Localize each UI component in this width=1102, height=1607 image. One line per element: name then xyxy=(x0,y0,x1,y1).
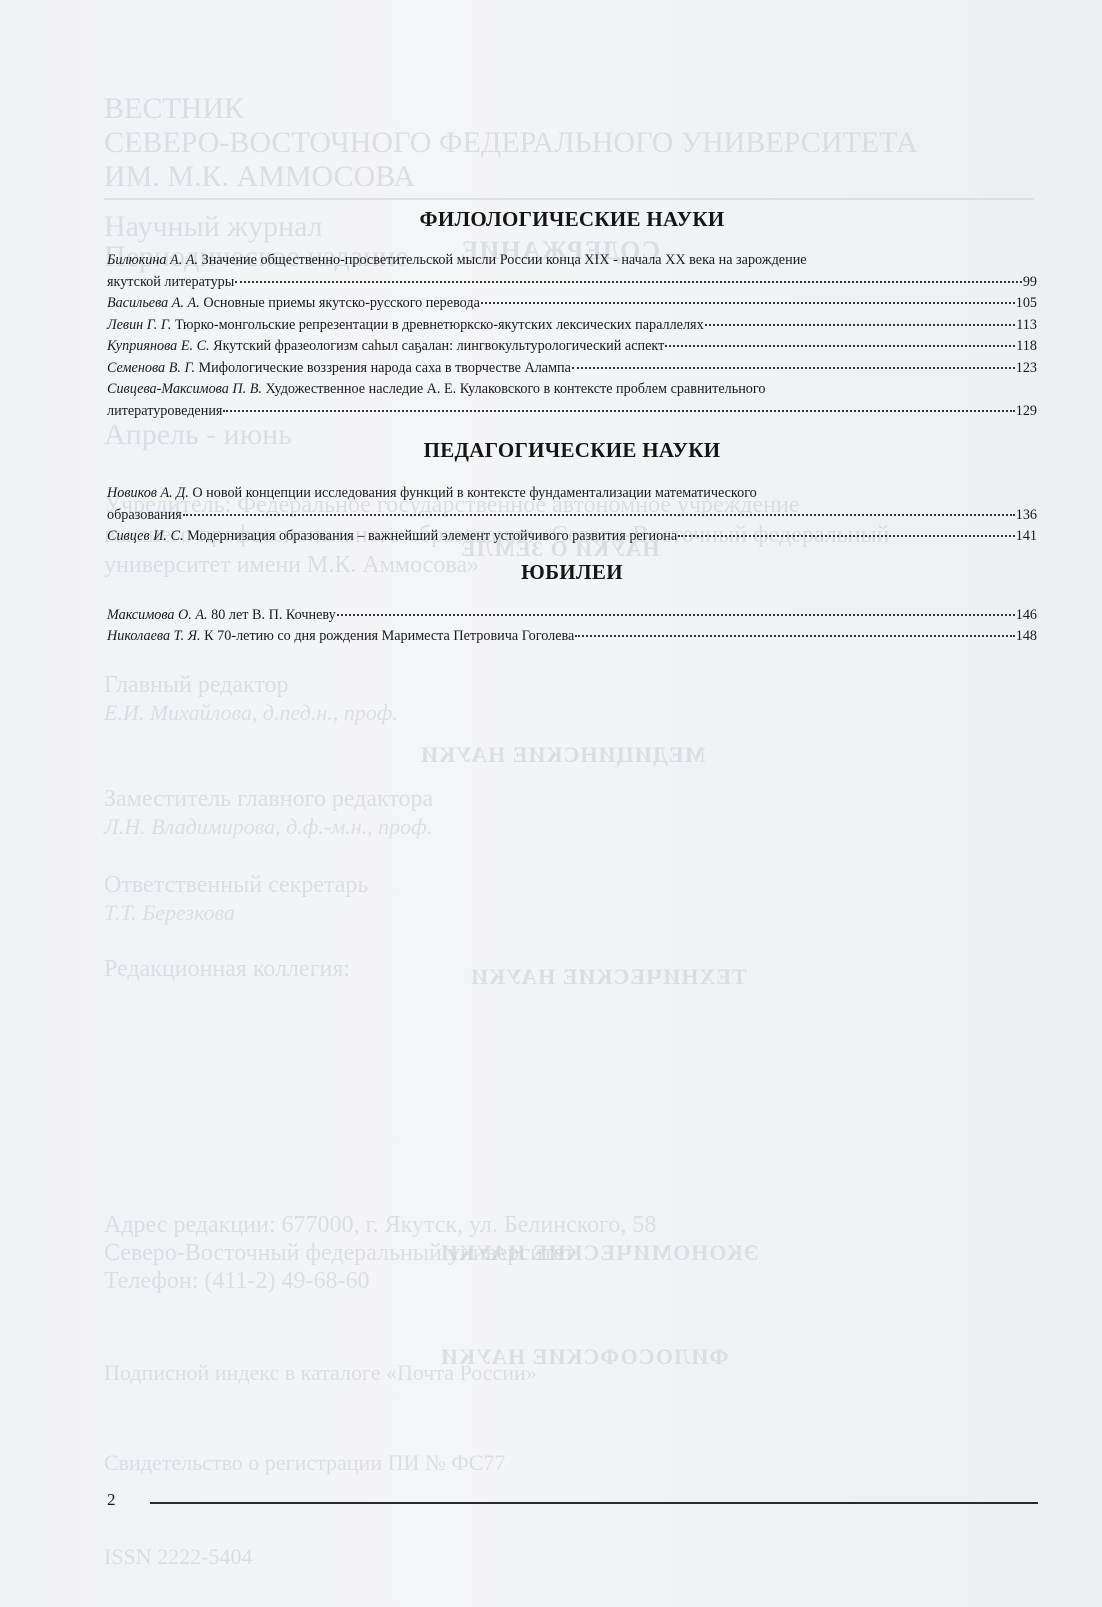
toc-entry[interactable]: Николаева Т. Я. К 70-летию со дня рожден… xyxy=(107,626,1037,648)
entry-title-cont: якутской литературы xyxy=(107,272,234,294)
ghost-right-7: Л.Н. Владимирова, д.ф.-м.н., проф. xyxy=(104,810,432,844)
toc-entry[interactable]: Васильева А. А. Основные приемы якутско-… xyxy=(107,293,1037,315)
leader-dots xyxy=(665,345,1015,347)
ghost-right-4: Главный редактор xyxy=(104,668,289,702)
entry-author: Билюкина А. А. xyxy=(107,252,198,268)
entry-line: Максимова О. А. 80 лет В. П. Кочневу 146 xyxy=(107,605,1037,627)
ghost-right-10: Редакционная коллегия: xyxy=(104,952,350,986)
entry-page: 129 xyxy=(1016,401,1037,423)
ghost-right-16: ISSN 2222-5404 xyxy=(104,1540,253,1574)
entry-author: Куприянова Е. С. xyxy=(107,338,210,354)
ghost-rule xyxy=(104,198,1034,200)
entry-author: Сивцев И. С. xyxy=(107,528,184,544)
entry-line: Семенова В. Г. Мифологические воззрения … xyxy=(107,358,1037,380)
ghost-right-5: Е.И. Михайлова, д.пед.н., проф. xyxy=(104,696,398,730)
entry-page: 136 xyxy=(1016,505,1037,527)
entry-title: Якутский фразеологизм саһыл саҕалан: лин… xyxy=(213,338,664,354)
entry-author: Васильева А. А. xyxy=(107,295,200,311)
entry-author: Новиков А. Д. xyxy=(107,485,189,501)
entry-page: 148 xyxy=(1016,626,1037,648)
entry-page: 123 xyxy=(1016,358,1037,380)
leader-dots xyxy=(235,281,1022,283)
ghost-heading-philosophy: ФИЛОСОФСКИЕ НАУКИ xyxy=(440,1344,728,1370)
leader-dots xyxy=(183,514,1015,516)
ghost-right-11: Адрес редакции: 677000, г. Якутск, ул. Б… xyxy=(104,1208,656,1242)
entry-title: Мифологические воззрения народа саха в т… xyxy=(199,360,571,376)
leader-dots xyxy=(705,324,1016,326)
entry-text: Куприянова Е. С. Якутский фразеологизм с… xyxy=(107,336,664,358)
entry-title: 80 лет В. П. Кочневу xyxy=(211,607,336,623)
ghost-right-15: Свидетельство о регистрации ПИ № ФС77 xyxy=(104,1446,505,1480)
leader-dots xyxy=(575,635,1014,637)
entry-text: Николаева Т. Я. К 70-летию со дня рожден… xyxy=(107,626,574,648)
entry-last-line: литературоведения129 xyxy=(107,401,1037,423)
entry-first-line: Билюкина А. А. Значение общественно-прос… xyxy=(107,250,1037,272)
ghost-heading-tech: ТЕХНИЧЕСКИЕ НАУКИ xyxy=(470,964,747,990)
toc-entry[interactable]: Левин Г. Г. Тюрко-монгольские репрезента… xyxy=(107,315,1037,337)
entry-text: Васильева А. А. Основные приемы якутско-… xyxy=(107,293,480,315)
entry-author: Сивцева-Максимова П. В. xyxy=(107,381,262,397)
entry-page: 118 xyxy=(1016,336,1037,358)
toc-entry[interactable]: Куприянова Е. С. Якутский фразеологизм с… xyxy=(107,336,1037,358)
entry-text: Семенова В. Г. Мифологические воззрения … xyxy=(107,358,571,380)
leader-dots xyxy=(223,410,1014,412)
entry-line: Сивцев И. С. Модернизация образования – … xyxy=(107,526,1037,548)
ghost-right-13: Телефон: (411-2) 49-68-60 xyxy=(104,1264,369,1298)
table-of-contents: ФИЛОЛОГИЧЕСКИЕ НАУКИБилюкина А. А. Значе… xyxy=(107,205,1037,648)
toc-entry[interactable]: Билюкина А. А. Значение общественно-прос… xyxy=(107,250,1037,293)
section-title: ФИЛОЛОГИЧЕСКИЕ НАУКИ xyxy=(107,205,1037,233)
section-title: ПЕДАГОГИЧЕСКИЕ НАУКИ xyxy=(107,436,1037,464)
toc-entry[interactable]: Новиков А. Д. О новой концепции исследов… xyxy=(107,483,1037,526)
entry-title: К 70-летию со дня рождения Мариместа Пет… xyxy=(204,628,574,644)
entry-first-line: Сивцева-Максимова П. В. Художественное н… xyxy=(107,379,1037,401)
ghost-masthead-3: ИМ. М.К. АММОСОВА xyxy=(104,160,415,194)
ghost-right-8: Ответственный секретарь xyxy=(104,868,368,902)
entry-title: Основные приемы якутско-русского перевод… xyxy=(203,295,480,311)
section-title: ЮБИЛЕИ xyxy=(107,558,1037,586)
entry-page: 146 xyxy=(1016,605,1037,627)
toc-entry[interactable]: Максимова О. А. 80 лет В. П. Кочневу 146 xyxy=(107,605,1037,627)
entry-text: Левин Г. Г. Тюрко-монгольские репрезента… xyxy=(107,315,704,337)
entry-title: Модернизация образования – важнейший эле… xyxy=(187,528,677,544)
toc-entry[interactable]: Сивцев И. С. Модернизация образования – … xyxy=(107,526,1037,548)
entry-title: Художественное наследие А. Е. Кулаковско… xyxy=(266,381,766,397)
entry-page: 105 xyxy=(1016,293,1037,315)
page-number: 2 xyxy=(107,1490,116,1510)
entry-line: Васильева А. А. Основные приемы якутско-… xyxy=(107,293,1037,315)
footer-rule xyxy=(150,1502,1038,1504)
journal-page: ВЕСТНИК СЕВЕРО-ВОСТОЧНОГО ФЕДЕРАЛЬНОГО У… xyxy=(0,0,1102,1607)
entry-text: Максимова О. А. 80 лет В. П. Кочневу xyxy=(107,605,336,627)
entry-author: Семенова В. Г. xyxy=(107,360,195,376)
entry-text: Сивцев И. С. Модернизация образования – … xyxy=(107,526,677,548)
leader-dots xyxy=(481,302,1015,304)
entry-title-cont: образования xyxy=(107,505,182,527)
entry-line: Куприянова Е. С. Якутский фразеологизм с… xyxy=(107,336,1037,358)
entry-first-line: Новиков А. Д. О новой концепции исследов… xyxy=(107,483,1037,505)
ghost-heading-econ: ЭКОНОМИЧЕСКИЕ НАУКИ xyxy=(440,1240,759,1266)
entry-line: Николаева Т. Я. К 70-летию со дня рожден… xyxy=(107,626,1037,648)
entry-page: 141 xyxy=(1016,526,1037,548)
entry-page: 113 xyxy=(1016,315,1037,337)
entry-line: Левин Г. Г. Тюрко-монгольские репрезента… xyxy=(107,315,1037,337)
ghost-right-6: Заместитель главного редактора xyxy=(104,782,433,816)
toc-entry[interactable]: Семенова В. Г. Мифологические воззрения … xyxy=(107,358,1037,380)
ghost-right-9: Т.Т. Березкова xyxy=(104,896,235,930)
toc-entry[interactable]: Сивцева-Максимова П. В. Художественное н… xyxy=(107,379,1037,422)
entry-last-line: якутской литературы99 xyxy=(107,272,1037,294)
entry-author: Левин Г. Г. xyxy=(107,317,171,333)
entry-title: Значение общественно-просветительской мы… xyxy=(202,252,807,268)
ghost-right-14: Подписной индекс в каталоге «Почта Росси… xyxy=(104,1356,537,1390)
entry-title: Тюрко-монгольские репрезентации в древне… xyxy=(175,317,704,333)
entry-last-line: образования136 xyxy=(107,505,1037,527)
ghost-masthead-2: СЕВЕРО-ВОСТОЧНОГО ФЕДЕРАЛЬНОГО УНИВЕРСИТ… xyxy=(104,126,918,160)
entry-author: Максимова О. А. xyxy=(107,607,208,623)
leader-dots xyxy=(337,614,1015,616)
entry-page: 99 xyxy=(1023,272,1037,294)
leader-dots xyxy=(678,535,1015,537)
ghost-heading-medical: МЕДИЦИНСКИЕ НАУКИ xyxy=(420,742,705,768)
entry-title: О новой концепции исследования функций в… xyxy=(192,485,756,501)
ghost-masthead-1: ВЕСТНИК xyxy=(104,92,244,126)
leader-dots xyxy=(572,367,1015,369)
ghost-right-12: Северо-Восточный федеральный университет xyxy=(104,1236,574,1270)
entry-title-cont: литературоведения xyxy=(107,401,222,423)
entry-author: Николаева Т. Я. xyxy=(107,628,201,644)
